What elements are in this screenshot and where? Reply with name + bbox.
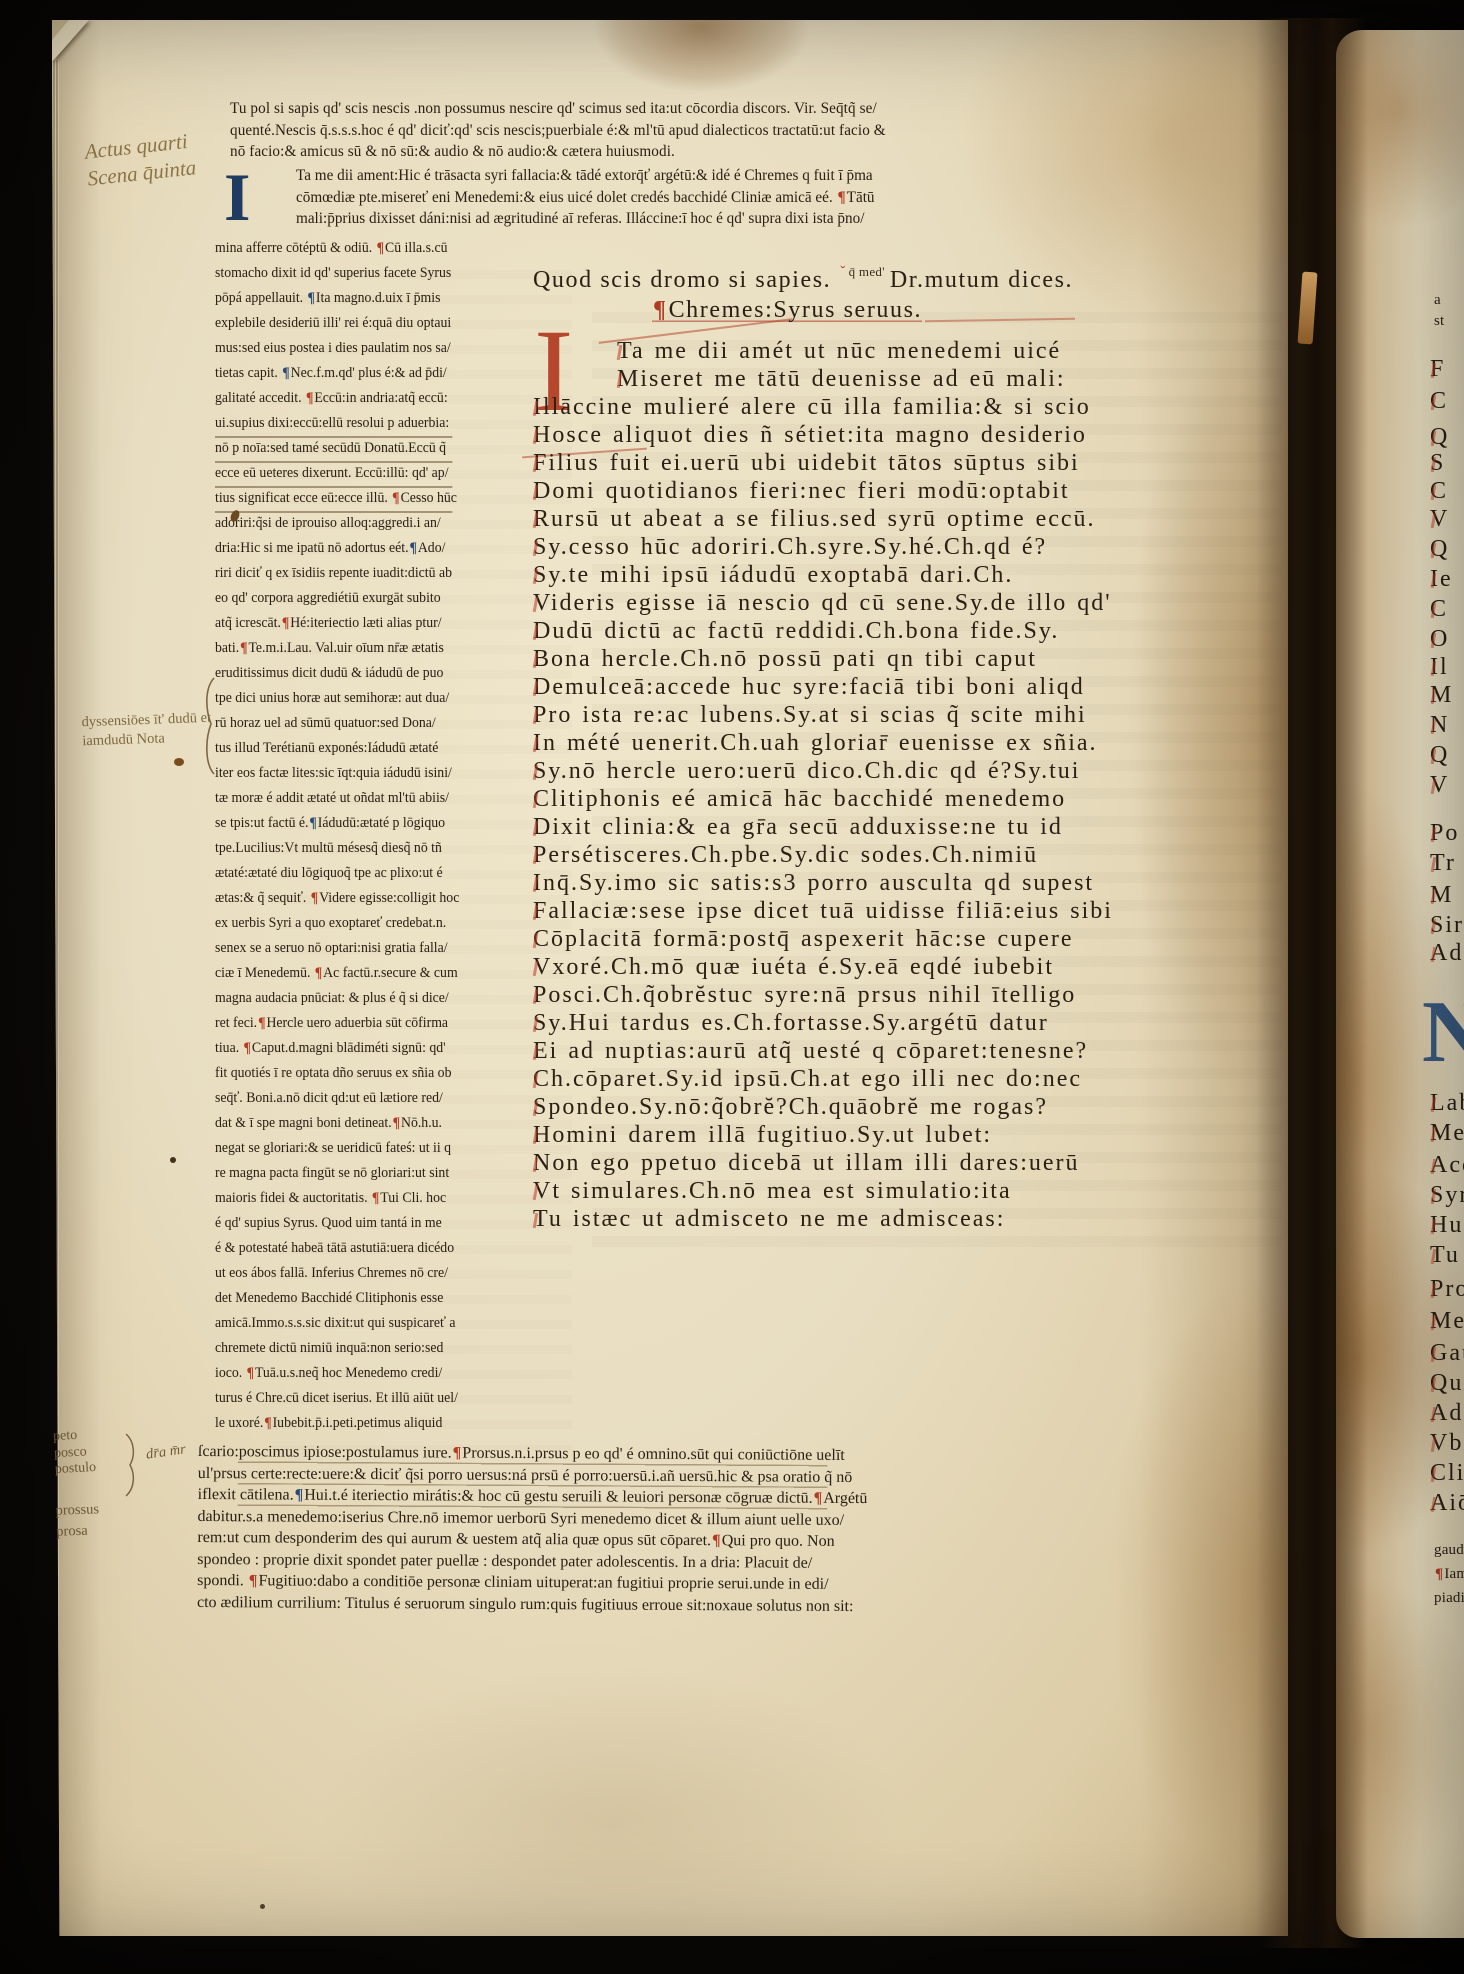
ink-blot (174, 758, 184, 766)
commentary-line: magna audacia pnūciat: & plus é q̃ si di… (215, 990, 459, 1015)
commentary-line: pōpá appellauit. ¶Ita magno.d.uix ī p̄mi… (215, 290, 459, 315)
right-page-fragment: Aiō (1430, 1490, 1464, 1517)
commentary-line: eo qd' corpora aggrediétiū exurgāt subit… (215, 590, 459, 615)
verse-header-text: Quod scis dromo si sapies. (533, 267, 831, 293)
right-page-fragment: Vbi (1430, 1430, 1464, 1457)
verse-header: Quod scis dromo si sapies.q̄ med'Dr.mutu… (533, 264, 1073, 294)
verse-line: Persétisceres.Ch.pbe.Sy.dic sodes.Ch.nim… (533, 842, 1113, 870)
commentary-line: mina afferre cōtéptū & odiū. ¶Cū illa.s.… (215, 240, 459, 265)
right-page-fragment: Gau (1430, 1340, 1464, 1367)
right-page-fragment: N (1422, 990, 1464, 1076)
commentary-line: explebile desideriū illi' rei é:quā diu … (215, 315, 459, 340)
commentary-line: turus é Chre.cū dicet iserius. Et illū a… (215, 1390, 459, 1415)
commentary-line: ciæ ī Menedemū. ¶Ac factū.r.secure & cum (215, 965, 459, 990)
right-page-fragment: Me (1430, 1120, 1464, 1147)
margin-note-peto: petoposcopostulo (53, 1427, 97, 1479)
right-page-fragment: S (1430, 450, 1445, 477)
verse-line: Vxoré.Ch.mō quæ iuéta é.Sy.eā eqdé iubeb… (533, 954, 1113, 982)
commentary-line: ætaté:ætaté diu lōgiquoq̃ tpe ac plixo:u… (215, 865, 459, 890)
commentary-line: chremete dictū nimiū inquā:non serio:sed (215, 1340, 459, 1365)
right-page-fragment: Add (1430, 1400, 1464, 1427)
right-page-fragment: Tu (1430, 1242, 1460, 1269)
right-page-fragment: Q (1430, 536, 1449, 563)
verse-line: Posci.Ch.q̃obrĕstuc syre:nā prsus nihil … (533, 982, 1113, 1010)
verse-line: Miseret me tātū deuenisse ad eū mali: (617, 366, 1113, 394)
verse-line: Rursū ut abeat a se filius.sed syrū opti… (533, 506, 1113, 534)
right-page-fragment: V (1430, 506, 1449, 533)
right-page-fragment: Tr (1430, 850, 1456, 877)
commentary-line: ui.supius dixi:eccū:ellū resolui p aduer… (215, 415, 459, 440)
commentary-line: rū horaz uel ad sūmū quatuor:sed Dona/ (215, 715, 459, 740)
handwritten-line: prosa (56, 1522, 100, 1545)
commentary-line: é qd' supius Syrus. Quod uim tantá in me (215, 1215, 459, 1240)
commentary-line: é & potestaté habeā tātā astutiā:uera di… (215, 1240, 459, 1265)
right-page-fragment: C (1430, 478, 1448, 505)
commentary-line: tus illud Terétianū exponés:Iádudū ætaté (215, 740, 459, 765)
right-page-fragment: N (1430, 712, 1449, 739)
commentary-column: mina afferre cōtéptū & odiū. ¶Cū illa.s.… (215, 240, 481, 1440)
verse-column: Ta me dii amét ut nūc menedemi uicéMiser… (533, 338, 1113, 1234)
commentary-line: Ta me dii ament:Hic é trāsacta syri fall… (296, 167, 875, 189)
verse-line: Non ego ppetuo dicebā ut illam illi dare… (533, 1150, 1113, 1178)
right-page-fragment: Pro (1430, 1276, 1464, 1303)
verse-line: Dudū dictū ac factū reddidi.Ch.bona fide… (533, 618, 1113, 646)
commentary-line: cōmœdiæ pte.misereť eni Menedemi:& eius … (296, 189, 875, 211)
commentary-line: ut eos ábos fallā. Inferius Chremes nō c… (215, 1265, 459, 1290)
commentary-line: dria:Hic si me ipatū nō adortus eét.¶Ado… (215, 540, 459, 565)
bottom-commentary: ſcario:poscimus ipiose:postulamus iure.¶… (197, 1443, 868, 1619)
right-page-fragment: C (1430, 388, 1448, 415)
interlinear-note: q̄ med' (840, 264, 885, 279)
commentary-line: eruditissimus dicit dudū & iádudū de puo (215, 665, 459, 690)
commentary-line: seq̄ť. Boni.a.nō dicit qd:ut eū lætiore … (215, 1090, 459, 1115)
right-page-fragment: Cli. (1430, 1460, 1464, 1487)
commentary-line: ioco. ¶Tuā.u.s.neq̃ hoc Menedemo credi/ (215, 1365, 459, 1390)
book-photo: Actus quartiScena q̄uinta Tu pol si sapi… (0, 0, 1464, 1974)
verse-header-text: Dr.mutum dices. (890, 267, 1073, 293)
verse-line: Bona hercle.Ch.nō possū pati qn tibi cap… (533, 646, 1113, 674)
right-page-fragment: Syr (1430, 1182, 1464, 1209)
commentary-line: stomacho dixit id qd' superius facete Sy… (215, 265, 459, 290)
commentary-line: senex se a seruo nō optari:nisi gratia f… (215, 940, 459, 965)
commentary-line: atq̃ icrescāt.¶Hé:iteriectio læti alias … (215, 615, 459, 640)
right-page-fragment: st (1434, 313, 1444, 330)
verse-line: Filius fuit ei.uerū ubi uidebit tātos sū… (533, 450, 1113, 478)
handwritten-line: postulo (54, 1460, 96, 1479)
verse-line: Sy.Hui tardus es.Ch.fortasse.Sy.argétū d… (533, 1010, 1113, 1038)
verse-line: Sy.nō hercle uero:uerū dico.Ch.dic qd é?… (533, 758, 1113, 786)
commentary-line: mali:p̄prius dixisset dáni:nisi ad ægrit… (296, 210, 875, 232)
commentary-line: re magna pacta fingūt se nō gloriari:ut … (215, 1165, 459, 1190)
right-page-fragment: Sir (1430, 912, 1464, 939)
handwritten-line: iamdudū Nota (82, 729, 212, 753)
right-page-fragment: C (1430, 596, 1448, 623)
commentary-line: galitaté accedit. ¶Eccū:in andria:atq̃ e… (215, 390, 459, 415)
commentary-line: Tu pol si sapis qd' scis nescis .non pos… (230, 100, 886, 122)
wormhole (260, 1904, 265, 1909)
right-page-fragment: Qui (1430, 1370, 1464, 1397)
right-page-fragment: ¶Iam (1434, 1566, 1464, 1583)
commentary-line: riri diciť q ex īsidiis repente iuadit:d… (215, 565, 459, 590)
right-page-fragment: M (1430, 682, 1453, 709)
opening-initial: I (224, 166, 250, 228)
page-content: Actus quartiScena q̄uinta Tu pol si sapi… (0, 0, 1464, 1974)
commentary-line: le uxoré.¶Iubebit.p̄.i.peti.petimus aliq… (215, 1415, 459, 1440)
verse-line: Cōplacitā formā:postq̄ aspexerit hāc:se … (533, 926, 1113, 954)
verse-line: Videris egisse iā nescio qd cū sene.Sy.d… (533, 590, 1113, 618)
intro-paragraph: Tu pol si sapis qd' scis nescis .non pos… (230, 100, 899, 165)
commentary-line: bati.¶Te.m.i.Lau. Val.uir oīum nr̄æ ætat… (215, 640, 459, 665)
commentary-line: tius significat ecce eū:ecce illū. ¶Cess… (215, 490, 459, 515)
verse-line: Domi quotidianos fieri:nec fieri modū:op… (533, 478, 1113, 506)
opening-paragraph: Ta me dii ament:Hic é trāsacta syri fall… (296, 167, 886, 232)
commentary-line: se tpis:ut factū é.¶Iádudū:ætaté p lōgiq… (215, 815, 459, 840)
right-page-fragment: Po (1430, 820, 1459, 847)
handwritten-act-scene-note: Actus quartiScena q̄uinta (83, 128, 197, 193)
right-page-fragment: O (1430, 626, 1449, 653)
verse-line: Ei ad nuptias:aurū atq̃ uesté q cōparet:… (533, 1038, 1113, 1066)
commentary-line: ecce eū ueteres dixerunt. Eccū:illū: qd'… (215, 465, 459, 490)
right-page-fragment: Q (1430, 424, 1449, 451)
commentary-line: amicā.Immo.s.s.sic dixit:ut qui suspicar… (215, 1315, 459, 1340)
verse-line: Hosce aliquot dies ñ sétiet:ita magno de… (533, 422, 1113, 450)
commentary-line: ex uerbis Syri a quo exoptareť credebat.… (215, 915, 459, 940)
commentary-line: tpe dici unius horæ aut semihoræ: aut du… (215, 690, 459, 715)
verse-line: Fallaciæ:sese ipse dicet tuā uidisse fil… (533, 898, 1113, 926)
commentary-line: tæ moræ é addit ætaté ut oñdat ml'tū abi… (215, 790, 459, 815)
margin-note-dudum: dyssensiōes īt' dudū etiamdudū Nota (81, 710, 212, 752)
commentary-line: fit quotiés ī re optata dño seruus ex sñ… (215, 1065, 459, 1090)
right-page-fragment: Acc (1430, 1152, 1464, 1179)
right-page-fragment: F (1430, 356, 1445, 383)
handwritten-line: prossus (55, 1501, 99, 1524)
verse-line: Ta me dii amét ut nūc menedemi uicé (617, 338, 1113, 366)
verse-line: Sy.cesso hūc adoriri.Ch.syre.Sy.hé.Ch.qd… (533, 534, 1113, 562)
right-page-fragment: a (1434, 292, 1441, 309)
margin-brace (202, 676, 216, 776)
verse-line: Homini darem illā fugitiuo.Sy.ut lubet: (533, 1122, 1113, 1150)
right-page-fragment: Ie (1430, 566, 1453, 593)
commentary-line: tietas capit. ¶Nec.f.m.qd' plus é:& ad p… (215, 365, 459, 390)
commentary-line: maioris fidei & auctoritatis. ¶Tui Cli. … (215, 1190, 459, 1215)
commentary-line: nō facio:& amicus sū & nō sū:& audio & n… (230, 143, 886, 165)
commentary-line: ret feci.¶Hercle uero aduerbia sūt cōfir… (215, 1015, 459, 1040)
verse-line: Illāccine mulieré alere cū illa familia:… (533, 394, 1113, 422)
verse-line: Ch.cōparet.Sy.id ipsū.Ch.at ego illi nec… (533, 1066, 1113, 1094)
commentary-line: iter eos factæ lites:sic īqt:quia iádudū… (215, 765, 459, 790)
right-page-fragment: Il (1430, 654, 1449, 681)
commentary-line: nō p noīa:sed tamé secūdū Donatū.Eccū q̃ (215, 440, 459, 465)
commentary-line: quenté.Nescis q̄.s.s.s.hoc é qd' diciť:q… (230, 122, 886, 144)
verse-line: Vt simulares.Ch.nō mea est simulatio:ita (533, 1178, 1113, 1206)
margin-brace (124, 1432, 138, 1498)
commentary-line: negat se gloriari:& se ueridicū fateś: u… (215, 1140, 459, 1165)
verse-line: Pro ista re:ac lubens.Sy.at si scias q̃ … (533, 702, 1113, 730)
right-page-fragment: M (1430, 882, 1453, 909)
commentary-line: tiua. ¶Caput.d.magni blādiméti signū: qd… (215, 1040, 459, 1065)
verse-line: Tu istæc ut admisceto ne me admisceas: (533, 1206, 1113, 1234)
commentary-line: adoriri:q̃si de iprouiso alloq:aggredi.i… (215, 515, 459, 540)
right-page-fragment: piadis (1434, 1590, 1464, 1607)
verse-line: Sy.te mihi ipsū iádudū exoptabā dari.Ch. (533, 562, 1113, 590)
right-page-fragment: gaude (1434, 1542, 1464, 1559)
right-page-fragment: Met (1430, 1308, 1464, 1335)
commentary-line: mus:sed eius postea i dies paulatim nos … (215, 340, 459, 365)
commentary-line: dat & ī spe magni boni detineat.¶Nō.h.u. (215, 1115, 459, 1140)
right-page-fragment: Hu (1430, 1212, 1463, 1239)
verse-line: Spondeo.Sy.nō:q̃obrĕ?Ch.quāobrĕ me rogas… (533, 1094, 1113, 1122)
wormhole (170, 1157, 176, 1163)
right-page-fragment: V (1430, 772, 1449, 799)
verse-line: Clitiphonis eé amicā hāc bacchidé menede… (533, 786, 1113, 814)
right-page-fragment: Q (1430, 742, 1449, 769)
margin-note-label: dr̄a m̄r (145, 1441, 187, 1463)
verse-line: Demulceā:accede huc syre:faciā tibi boni… (533, 674, 1113, 702)
right-page-fragment: Ad (1430, 940, 1463, 967)
commentary-line: cto ædilium currilium: Titulus é seruoru… (197, 1593, 867, 1619)
right-page-fragment: Lab (1430, 1090, 1464, 1117)
commentary-line: det Menedemo Bacchidé Clitiphonis esse (215, 1290, 459, 1315)
verse-line: Inq̄.Sy.imo sic satis:s3 porro ausculta … (533, 870, 1113, 898)
commentary-line: tpe.Lucilius:Vt multū mésesq̃ diesq̃ nō … (215, 840, 459, 865)
verse-line: In mété uenerit.Ch.uah gloriar̄ euenisse… (533, 730, 1113, 758)
margin-note-prorsus: prossusprosa (55, 1501, 100, 1544)
commentary-line: ætas:& q̃ sequiť. ¶Videre egisse:colligi… (215, 890, 459, 915)
verse-line: Dixit clinia:& ea gr̄a secū adduxisse:ne… (533, 814, 1113, 842)
